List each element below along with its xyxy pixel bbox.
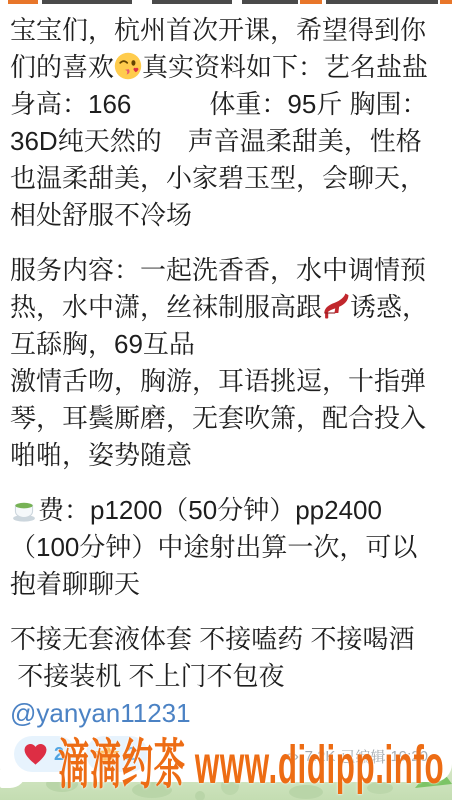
text-line: 不接装机 不上门不包夜: [10, 658, 446, 695]
text-line: 36D纯天然的 声音温柔甜美，性格: [10, 123, 446, 160]
price-paragraph: 费：p1200（50分钟）pp2400 （100分钟）中途射出算一次，可以 抱着…: [10, 492, 446, 603]
text-line: 费：p1200（50分钟）pp2400: [10, 492, 446, 529]
kiss-face-emoji-icon: [114, 52, 142, 80]
text-segment: 真实资料如下：艺名盐盐: [142, 52, 428, 82]
text-line: 热，水中潇，丝袜制服高跟诱惑，: [10, 289, 446, 326]
text-line: 激情舌吻，胸游，耳语挑逗，十指弹: [10, 363, 446, 400]
text-line: 宝宝们，杭州首次开课，希望得到你: [10, 12, 446, 49]
text-line: 不接无套液体套 不接嗑药 不接喝酒: [10, 621, 446, 658]
high-heel-emoji-icon: [322, 292, 350, 320]
top-edge-fragment: [242, 0, 298, 4]
text-segment: 费：p1200（50分钟）pp2400: [38, 495, 382, 525]
text-line: 相处舒服不冷场: [10, 197, 446, 234]
message-text: 宝宝们，杭州首次开课，希望得到你 们的喜欢真实资料如下：艺名盐盐 身高：166 …: [0, 12, 452, 750]
text-line: 啪啪，姿势随意: [10, 437, 446, 474]
text-line: 也温柔甜美，小家碧玉型，会聊天，: [10, 160, 446, 197]
top-edge-fragment: [300, 0, 322, 4]
text-line: 互舔胸，69互品: [10, 326, 446, 363]
top-edge-previous-message: [0, 0, 452, 4]
text-line: 抱着聊聊天: [10, 566, 446, 603]
rules-paragraph: 不接无套液体套 不接嗑药 不接喝酒 不接装机 不上门不包夜 @yanyan112…: [10, 621, 446, 732]
heart-emoji-icon: [22, 741, 49, 768]
text-line: 琴，耳鬓厮磨，无套吹箫，配合投入: [10, 400, 446, 437]
top-edge-fragment: [152, 0, 232, 4]
top-edge-fragment: [326, 0, 438, 4]
text-segment: 们的喜欢: [10, 52, 114, 82]
top-edge-fragment: [42, 0, 132, 4]
text-line: 们的喜欢真实资料如下：艺名盐盐: [10, 49, 446, 86]
services-paragraph: 服务内容：一起洗香香，水中调情预 热，水中潇，丝袜制服高跟诱惑， 互舔胸，69互…: [10, 252, 446, 474]
top-edge-fragment: [440, 0, 452, 4]
text-line: （100分钟）中途射出算一次，可以: [10, 529, 446, 566]
text-segment: 诱惑，: [350, 292, 428, 322]
text-line: 服务内容：一起洗香香，水中调情预: [10, 252, 446, 289]
teacup-emoji-icon: [10, 495, 38, 523]
text-segment: 热，水中潇，丝袜制服高跟: [10, 292, 322, 322]
intro-paragraph: 宝宝们，杭州首次开课，希望得到你 们的喜欢真实资料如下：艺名盐盐 身高：166 …: [10, 12, 446, 234]
watermark-text: 滴滴约茶 www.didipp.info: [58, 722, 444, 799]
text-line: 身高：166 体重：95斤 胸围：: [10, 86, 446, 123]
top-edge-fragment: [8, 0, 38, 4]
